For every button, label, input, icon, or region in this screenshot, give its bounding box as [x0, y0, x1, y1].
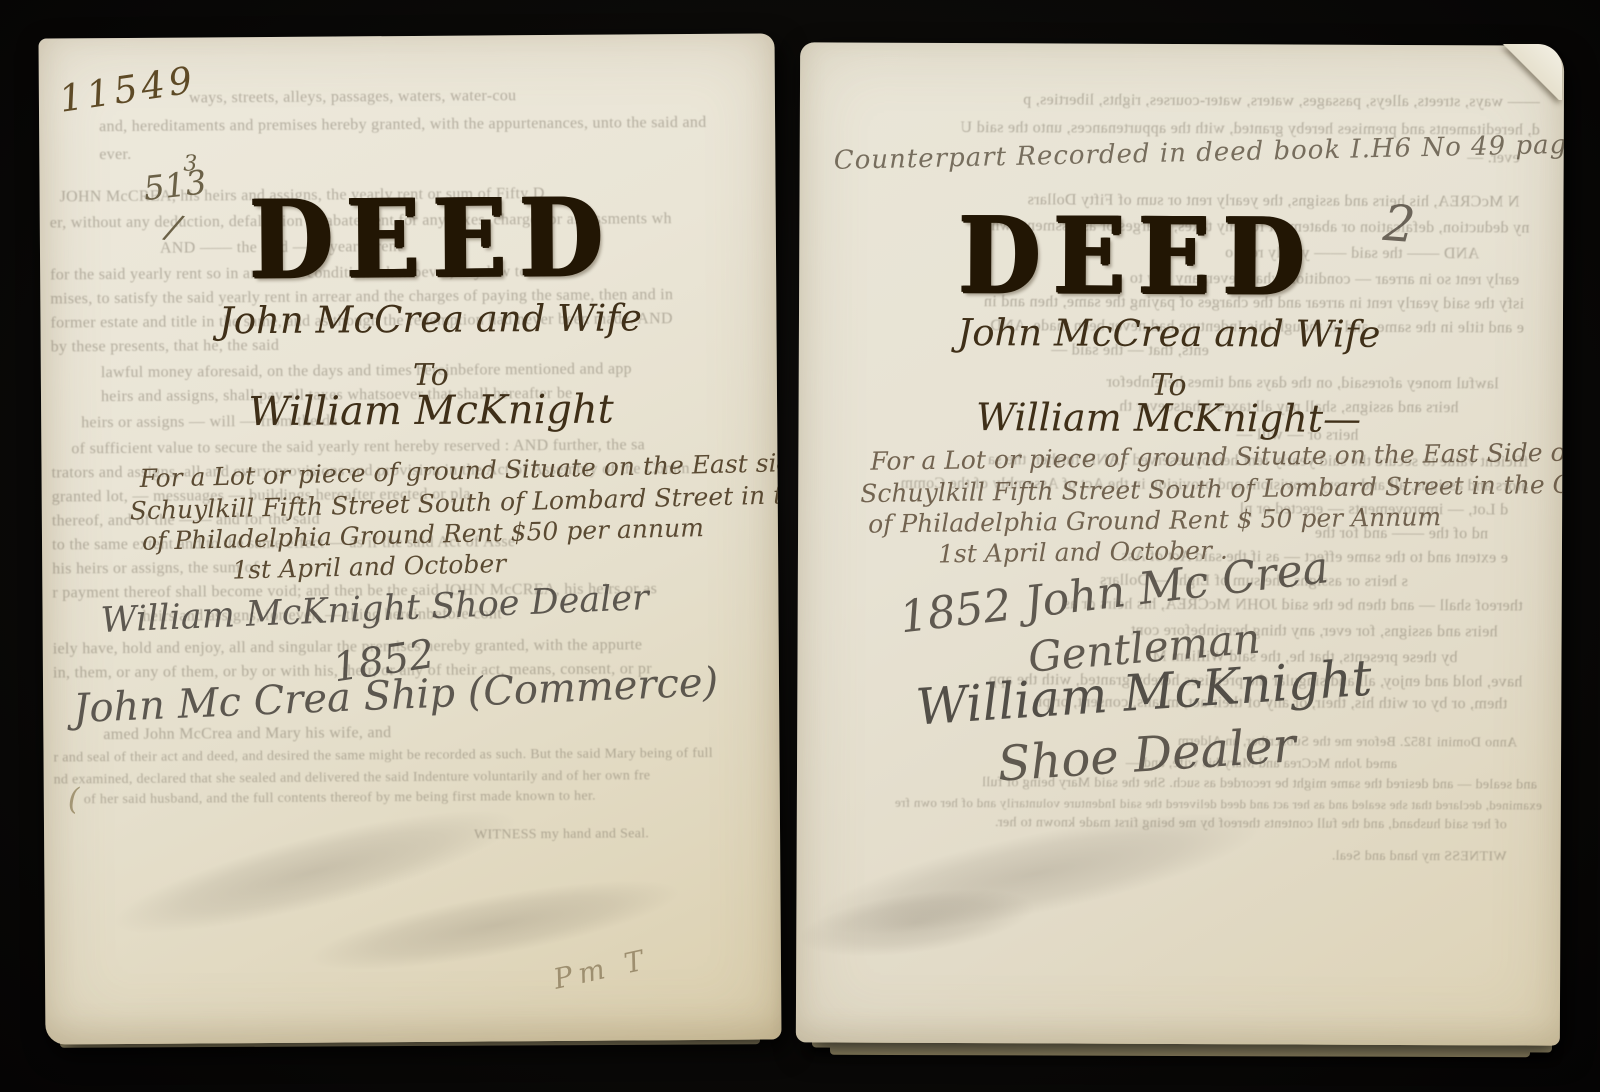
ghost-print-line: examined, declared that she sealed and a… — [807, 794, 1542, 813]
left-rent-schedule-line: 1st April and October — [232, 549, 507, 585]
left-ghost-print-layer: ways, streets, alleys, passages, waters,… — [38, 33, 774, 38]
ghost-print-line: of her said husband, and the full conten… — [84, 788, 744, 809]
right-ghost-print-layer: —— ways, streets, alleys, passages, wate… — [800, 42, 1564, 45]
left-grantor-parties: John McCrea and Wife — [160, 296, 700, 343]
right-page-number: 2 — [1381, 194, 1417, 254]
right-grantor-parties: John McCrea and Wife — [899, 311, 1439, 356]
ghost-print-line: nd examined, declared that she sealed an… — [54, 767, 774, 788]
ghost-print-line: ways, streets, alleys, passages, waters,… — [189, 86, 749, 108]
left-edge-ink-mark: ( — [68, 782, 80, 817]
left-deed-title: DEED — [192, 173, 673, 303]
ghost-print-line: and, hereditaments and premises hereby g… — [99, 114, 759, 137]
right-recording-note: Counterpart Recorded in deed book I.H6 N… — [833, 130, 1553, 176]
ghost-print-line: r and seal of their act and deed, and de… — [53, 745, 773, 766]
right-deed-page: —— ways, streets, alleys, passages, wate… — [796, 42, 1564, 1045]
left-grantee-name: William McKnight — [161, 386, 701, 436]
left-file-note-superscript: 3 — [183, 151, 197, 176]
ghost-print-line: ever. — [99, 145, 299, 164]
left-corner-initials: Pm T — [551, 943, 653, 996]
right-grantee-name: William McKnight— — [898, 395, 1438, 441]
photo-of-deed-documents: ways, streets, alleys, passages, waters,… — [0, 0, 1600, 1092]
left-document-number: 11549 — [56, 58, 199, 121]
ghost-print-line: —— ways, streets, alleys, passages, wate… — [840, 91, 1540, 112]
left-deed-page: ways, streets, alleys, passages, waters,… — [38, 33, 781, 1044]
right-deed-title: DEED — [898, 194, 1379, 319]
right-page-curled-corner — [1488, 44, 1562, 100]
ghost-print-line: WITNESS my hand and Seal. — [1227, 848, 1507, 865]
